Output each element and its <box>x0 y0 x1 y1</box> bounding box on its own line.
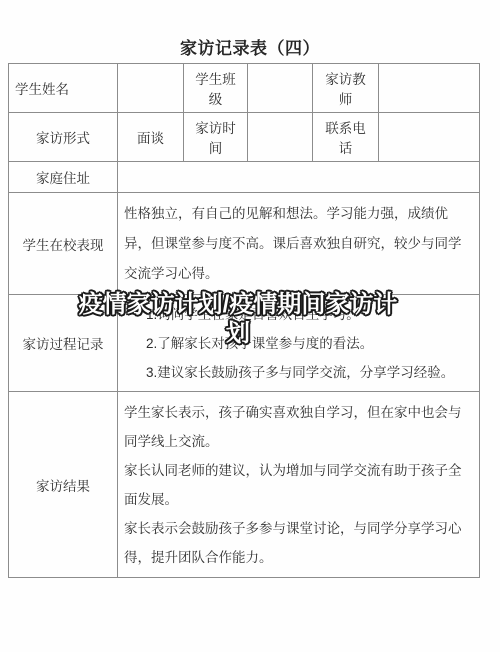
school-performance-label: 学生在校表现 <box>9 193 118 295</box>
table-row-home-address: 家庭住址 <box>9 162 480 193</box>
visit-result-paragraph-1: 学生家长表示，孩子确实喜欢独自学习，但在家中也会与同学线上交流。 <box>124 398 473 456</box>
visit-process-item-1: 1.询问学生在家是否喜欢自主学习。 <box>124 300 473 329</box>
contact-phone-value-cell <box>379 113 480 162</box>
visit-process-item-3: 3.建议家长鼓励孩子多与同学交流，分享学习经验。 <box>124 358 473 387</box>
student-class-label: 学生班级 <box>184 64 248 113</box>
school-performance-content: 性格独立，有自己的见解和想法。学习能力强，成绩优异，但课堂参与度不高。课后喜欢独… <box>118 193 480 295</box>
visit-time-label: 家访时间 <box>184 113 248 162</box>
visit-process-label: 家访过程记录 <box>9 295 118 392</box>
table-row-visit-result: 家访结果 学生家长表示，孩子确实喜欢独自学习，但在家中也会与同学线上交流。 家长… <box>9 392 480 578</box>
visit-process-item-2: 2.了解家长对孩子课堂参与度的看法。 <box>124 329 473 358</box>
table-row-visit-process: 家访过程记录 1.询问学生在家是否喜欢自主学习。 2.了解家长对孩子课堂参与度的… <box>9 295 480 392</box>
visit-result-paragraph-3: 家长表示会鼓励孩子多参与课堂讨论，与同学分享学习心得，提升团队合作能力。 <box>124 514 473 572</box>
visit-form-label: 家访形式 <box>9 113 118 162</box>
visit-time-value-cell <box>248 113 313 162</box>
visit-result-label: 家访结果 <box>9 392 118 578</box>
home-address-value-cell <box>118 162 480 193</box>
visit-teacher-value-cell <box>379 64 480 113</box>
visit-result-content: 学生家长表示，孩子确实喜欢独自学习，但在家中也会与同学线上交流。 家长认同老师的… <box>118 392 480 578</box>
visit-process-content: 1.询问学生在家是否喜欢自主学习。 2.了解家长对孩子课堂参与度的看法。 3.建… <box>118 295 480 392</box>
home-address-label: 家庭住址 <box>9 162 118 193</box>
contact-phone-label: 联系电话 <box>313 113 379 162</box>
visit-result-paragraph-2: 家长认同老师的建议，认为增加与同学交流有助于孩子全面发展。 <box>124 456 473 514</box>
student-name-value-cell <box>118 64 184 113</box>
student-name-label: 学生姓名 <box>9 64 118 113</box>
visit-form-value-cell: 面谈 <box>118 113 184 162</box>
home-visit-record-table: 学生姓名 学生班级 家访教师 家访形式 面谈 家访时间 联系电话 家庭住址 学生 <box>8 63 480 578</box>
page-title: 家访记录表（四） <box>0 34 500 59</box>
document-page: 家访记录表（四） 学生姓名 学生班级 家访教师 家访形式 面谈 家访时间 联系电… <box>0 0 500 652</box>
table-row-school-performance: 学生在校表现 性格独立，有自己的见解和想法。学习能力强，成绩优异，但课堂参与度不… <box>9 193 480 295</box>
visit-teacher-label: 家访教师 <box>313 64 379 113</box>
table-row-basic-info-1: 学生姓名 学生班级 家访教师 <box>9 64 480 113</box>
student-class-value-cell <box>248 64 313 113</box>
table-row-basic-info-2: 家访形式 面谈 家访时间 联系电话 <box>9 113 480 162</box>
